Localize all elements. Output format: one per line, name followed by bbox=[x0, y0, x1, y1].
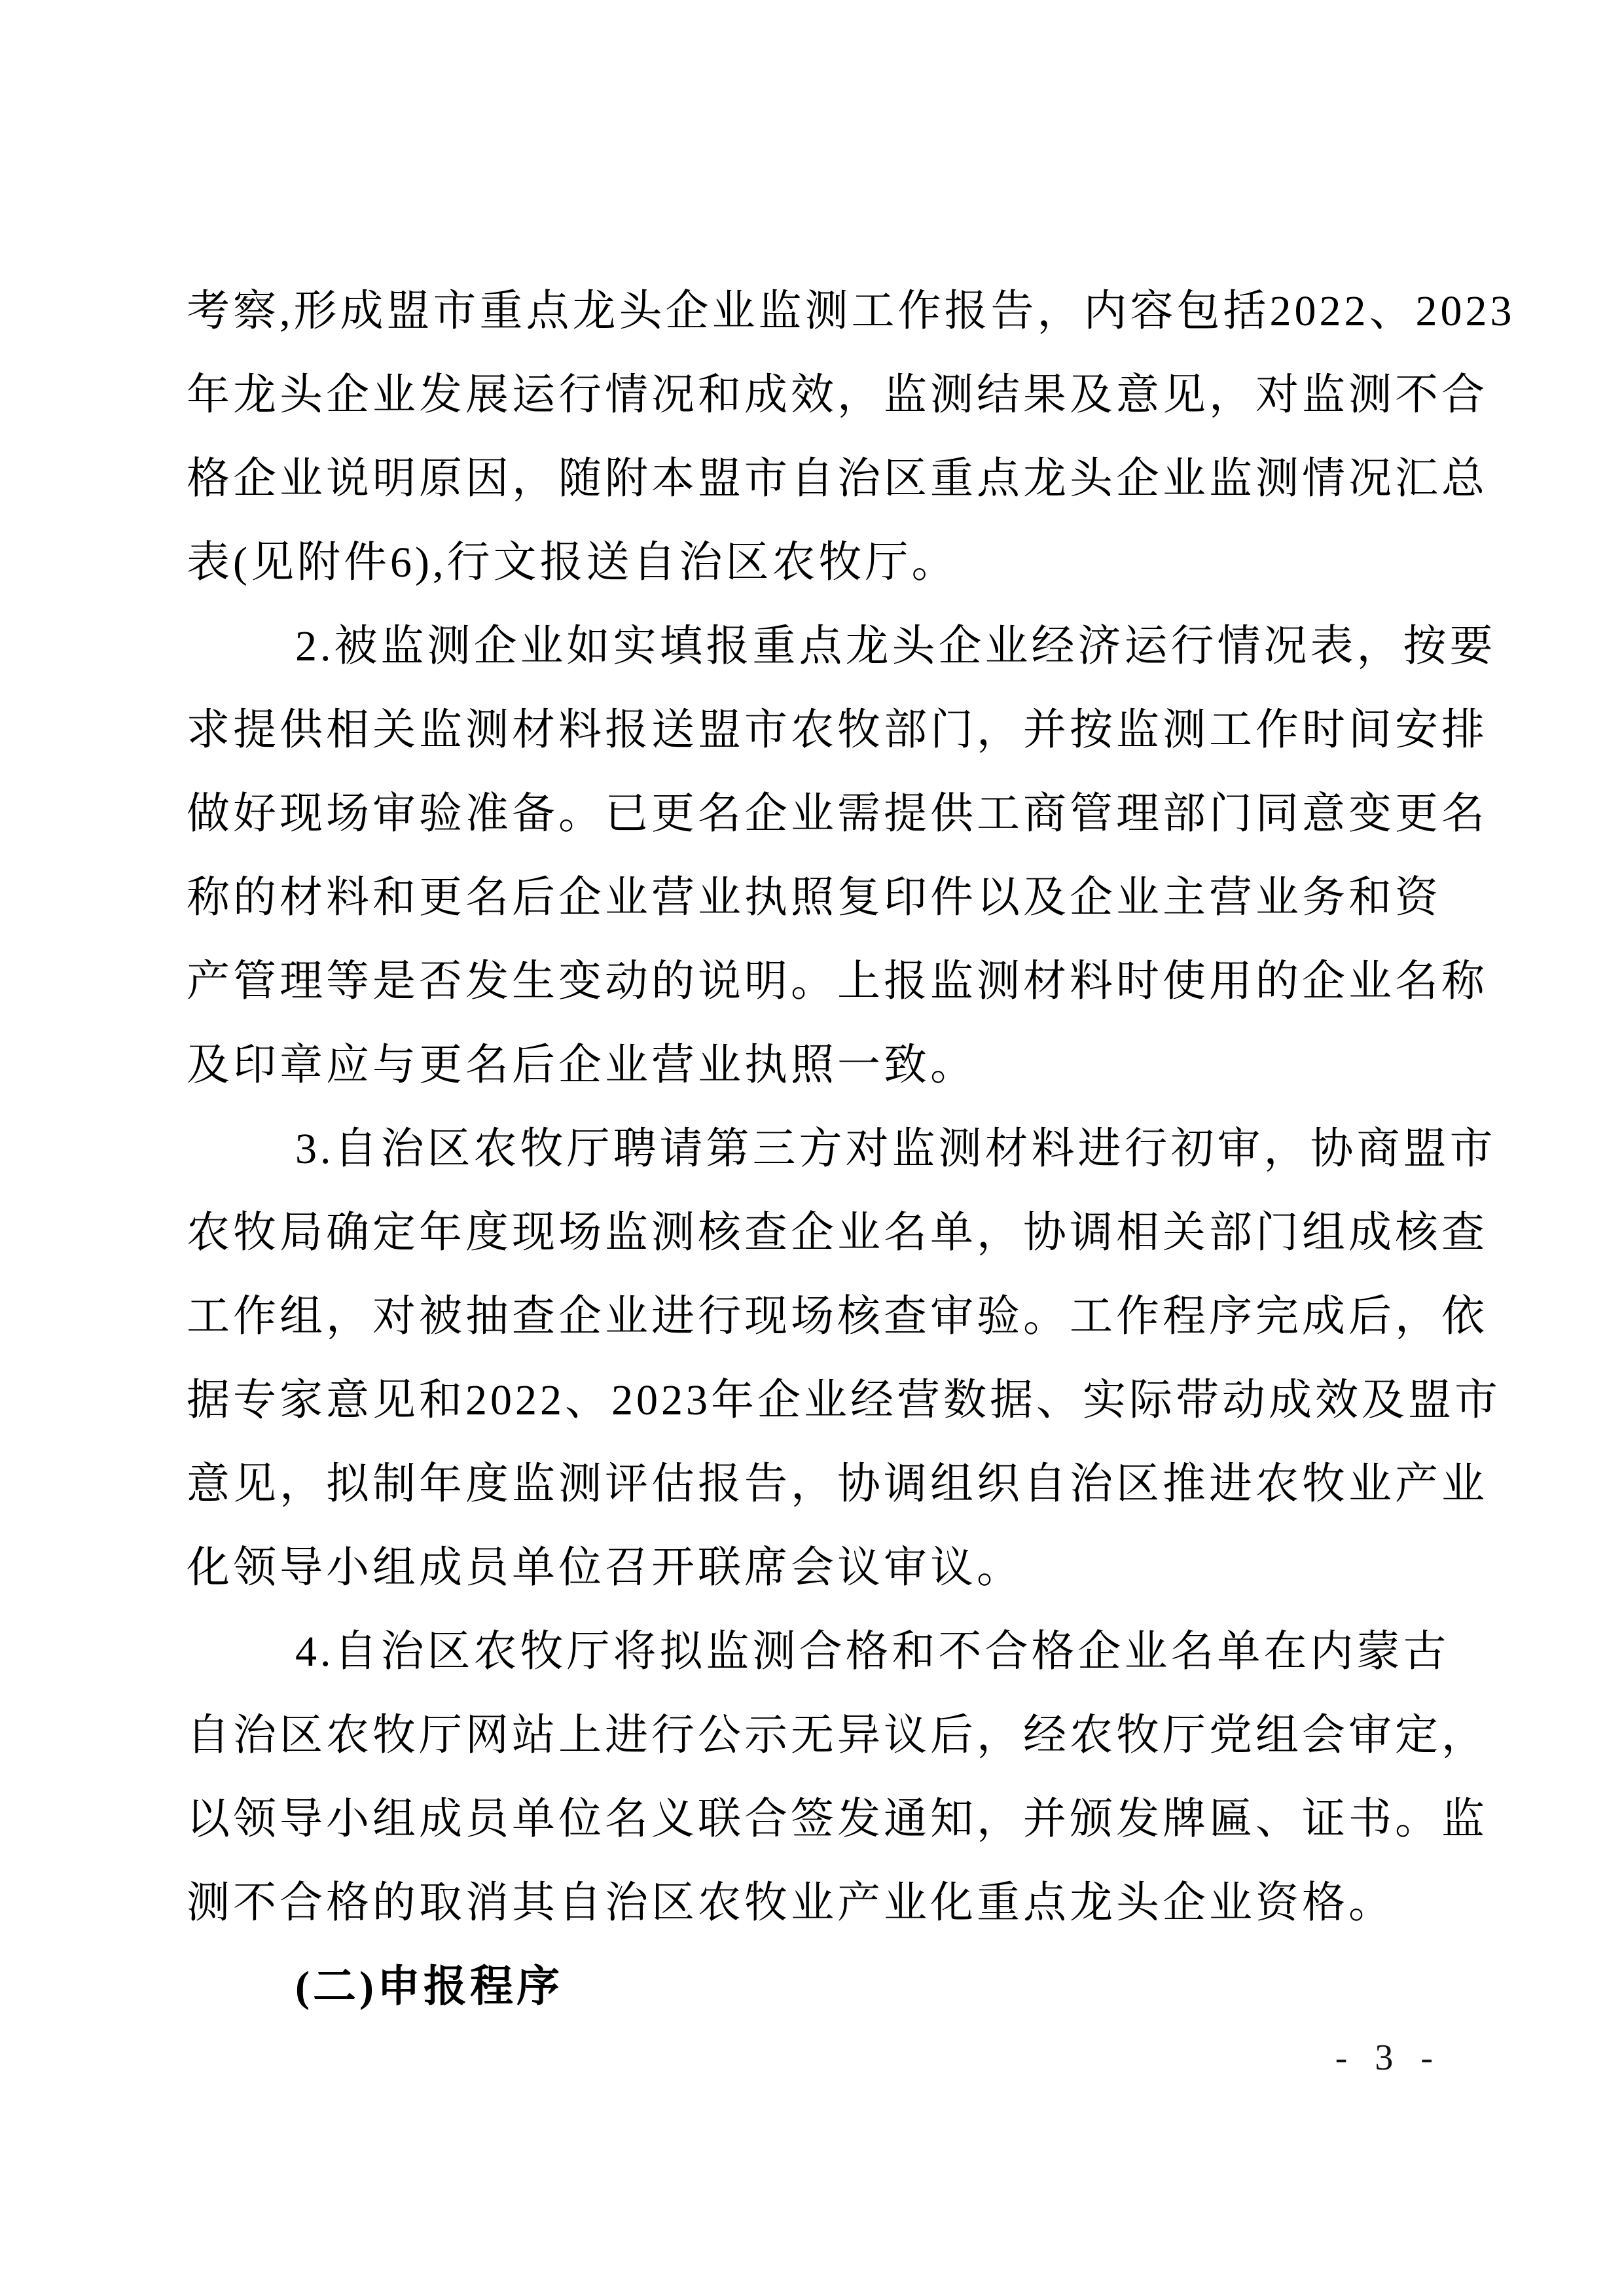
document-line: 工作组，对被抽查企业进行现场核查审验。工作程序完成后，依 bbox=[187, 1275, 1447, 1359]
document-page: 考察,形成盟市重点龙头企业监测工作报告，内容包括2022、2023 年龙头企业发… bbox=[0, 0, 1624, 2296]
paragraph-item-3: 3.自治区农牧厅聘请第三方对监测材料进行初审，协商盟市 农牧局确定年度现场监测核… bbox=[187, 1107, 1447, 1610]
document-line: 称的材料和更名后企业营业执照复印件以及企业主营业务和资 bbox=[187, 856, 1447, 940]
page-number: - 3 - bbox=[1335, 2032, 1442, 2084]
document-line: 4.自治区农牧厅将拟监测合格和不合格企业名单在内蒙古 bbox=[187, 1610, 1447, 1694]
paragraph-continuation: 考察,形成盟市重点龙头企业监测工作报告，内容包括2022、2023 年龙头企业发… bbox=[187, 270, 1447, 605]
document-line: 2.被监测企业如实填报重点龙头企业经济运行情况表，按要 bbox=[187, 605, 1447, 689]
document-line: 做好现场审验准备。已更名企业需提供工商管理部门同意变更名 bbox=[187, 772, 1447, 856]
document-line: 以领导小组成员单位名义联合签发通知，并颁发牌匾、证书。监 bbox=[187, 1778, 1447, 1861]
document-line: 及印章应与更名后企业营业执照一致。 bbox=[187, 1024, 1447, 1107]
section-heading: (二)申报程序 bbox=[187, 1945, 1447, 2029]
paragraph-item-4: 4.自治区农牧厅将拟监测合格和不合格企业名单在内蒙古 自治区农牧厅网站上进行公示… bbox=[187, 1610, 1447, 1945]
document-body: 考察,形成盟市重点龙头企业监测工作报告，内容包括2022、2023 年龙头企业发… bbox=[187, 270, 1447, 2029]
document-line: 年龙头企业发展运行情况和成效，监测结果及意见，对监测不合 bbox=[187, 353, 1447, 437]
document-line: 意见，拟制年度监测评估报告，协调组织自治区推进农牧业产业 bbox=[187, 1443, 1447, 1526]
document-line: 测不合格的取消其自治区农牧业产业化重点龙头企业资格。 bbox=[187, 1861, 1447, 1945]
document-line: 据专家意见和2022、2023年企业经营数据、实际带动成效及盟市 bbox=[187, 1359, 1447, 1443]
paragraph-item-2: 2.被监测企业如实填报重点龙头企业经济运行情况表，按要 求提供相关监测材料报送盟… bbox=[187, 605, 1447, 1107]
document-line: 化领导小组成员单位召开联席会议审议。 bbox=[187, 1526, 1447, 1610]
document-line: 格企业说明原因，随附本盟市自治区重点龙头企业监测情况汇总 bbox=[187, 437, 1447, 521]
document-line: 自治区农牧厅网站上进行公示无异议后，经农牧厅党组会审定， bbox=[187, 1694, 1447, 1778]
document-line: 农牧局确定年度现场监测核查企业名单，协调相关部门组成核查 bbox=[187, 1191, 1447, 1275]
document-line: 产管理等是否发生变动的说明。上报监测材料时使用的企业名称 bbox=[187, 940, 1447, 1024]
document-line: 表(见附件6),行文报送自治区农牧厅。 bbox=[187, 521, 1447, 605]
document-line: 求提供相关监测材料报送盟市农牧部门，并按监测工作时间安排 bbox=[187, 689, 1447, 772]
document-line: 3.自治区农牧厅聘请第三方对监测材料进行初审，协商盟市 bbox=[187, 1107, 1447, 1191]
document-line: 考察,形成盟市重点龙头企业监测工作报告，内容包括2022、2023 bbox=[187, 270, 1447, 353]
